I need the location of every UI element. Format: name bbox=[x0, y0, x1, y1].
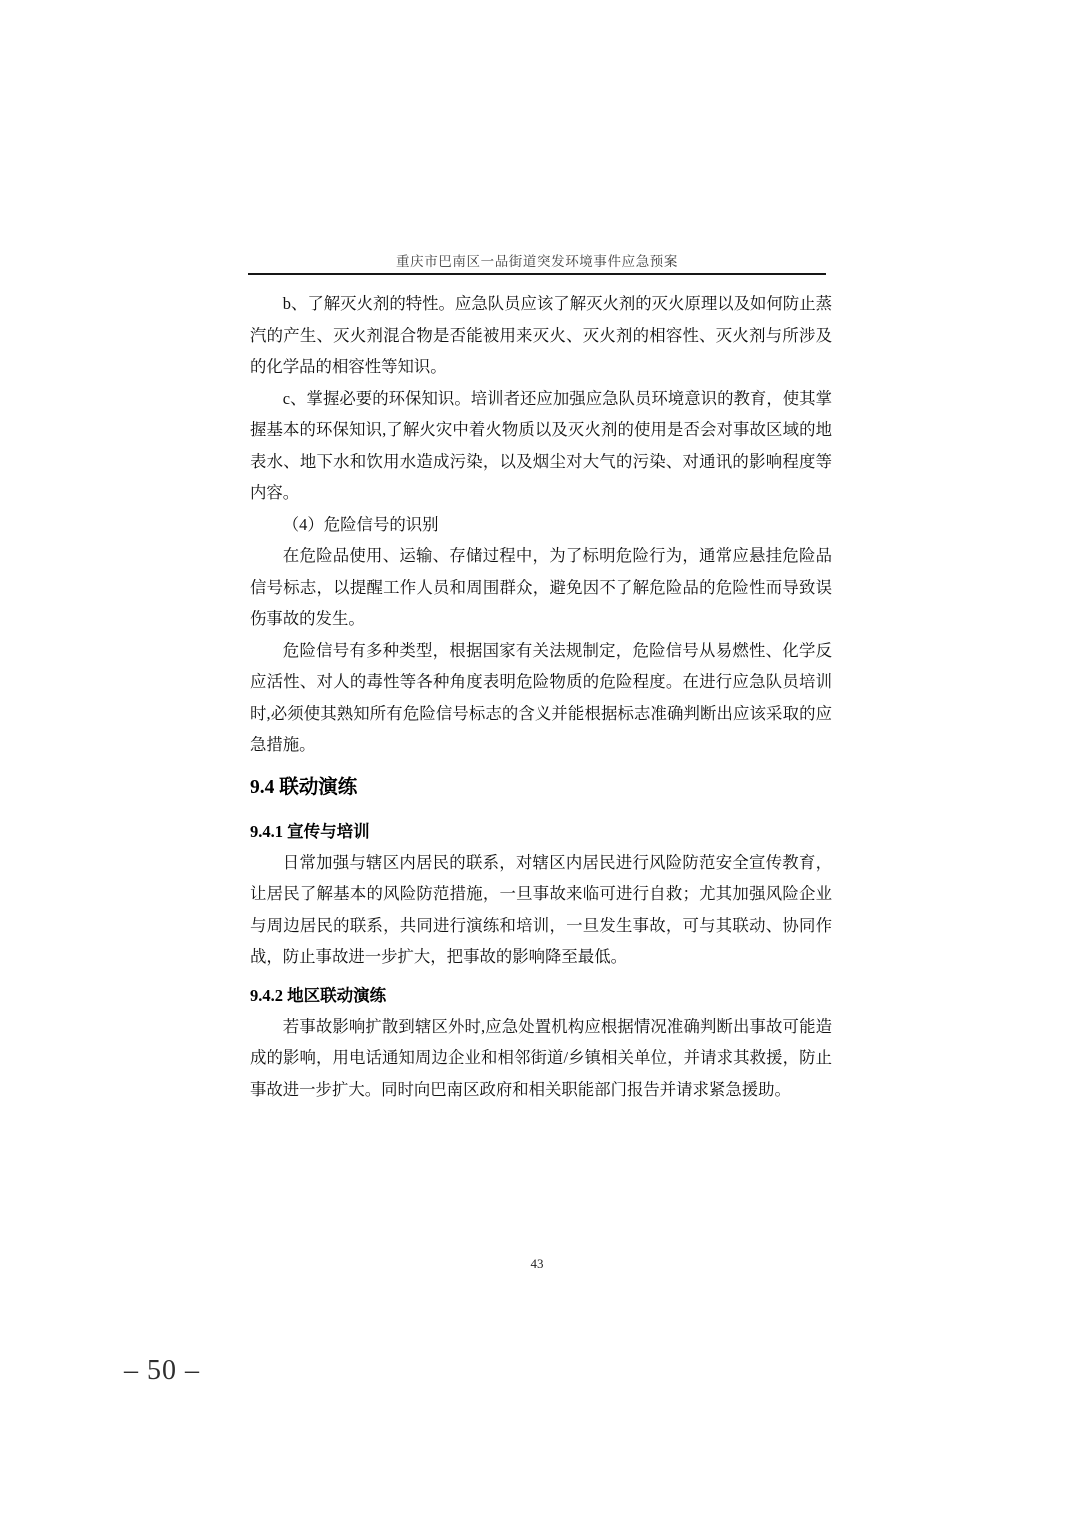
footer-page-label: – 50 – bbox=[124, 1355, 200, 1387]
document-page: 重庆市巴南区一品街道突发环境事件应急预案 b、了解灭火剂的特性。应急队员应该了解… bbox=[0, 0, 1074, 1520]
body-paragraph: c、掌握必要的环保知识。培训者还应加强应急队员环境意识的教育，使其掌握基本的环保… bbox=[250, 383, 832, 509]
subsection-label: （4）危险信号的识别 bbox=[250, 509, 832, 541]
header-rule bbox=[248, 273, 826, 275]
body-paragraph: 日常加强与辖区内居民的联系，对辖区内居民进行风险防范安全宣传教育，让居民了解基本… bbox=[250, 847, 832, 973]
document-body: b、了解灭火剂的特性。应急队员应该了解灭火剂的灭火原理以及如何防止蒸汽的产生、灭… bbox=[250, 288, 832, 1105]
header-title: 重庆市巴南区一品街道突发环境事件应急预案 bbox=[0, 250, 1074, 270]
page-number: 43 bbox=[0, 1256, 1074, 1272]
subsection-heading: 9.4.2 地区联动演练 bbox=[250, 981, 832, 1011]
subsection-heading: 9.4.1 宣传与培训 bbox=[250, 817, 832, 847]
section-heading: 9.4 联动演练 bbox=[250, 771, 832, 805]
body-paragraph: b、了解灭火剂的特性。应急队员应该了解灭火剂的灭火原理以及如何防止蒸汽的产生、灭… bbox=[250, 288, 832, 383]
body-paragraph: 危险信号有多种类型，根据国家有关法规制定，危险信号从易燃性、化学反应活性、对人的… bbox=[250, 635, 832, 761]
body-paragraph: 若事故影响扩散到辖区外时,应急处置机构应根据情况准确判断出事故可能造成的影响，用… bbox=[250, 1011, 832, 1106]
body-paragraph: 在危险品使用、运输、存储过程中，为了标明危险行为，通常应悬挂危险品信号标志，以提… bbox=[250, 540, 832, 635]
